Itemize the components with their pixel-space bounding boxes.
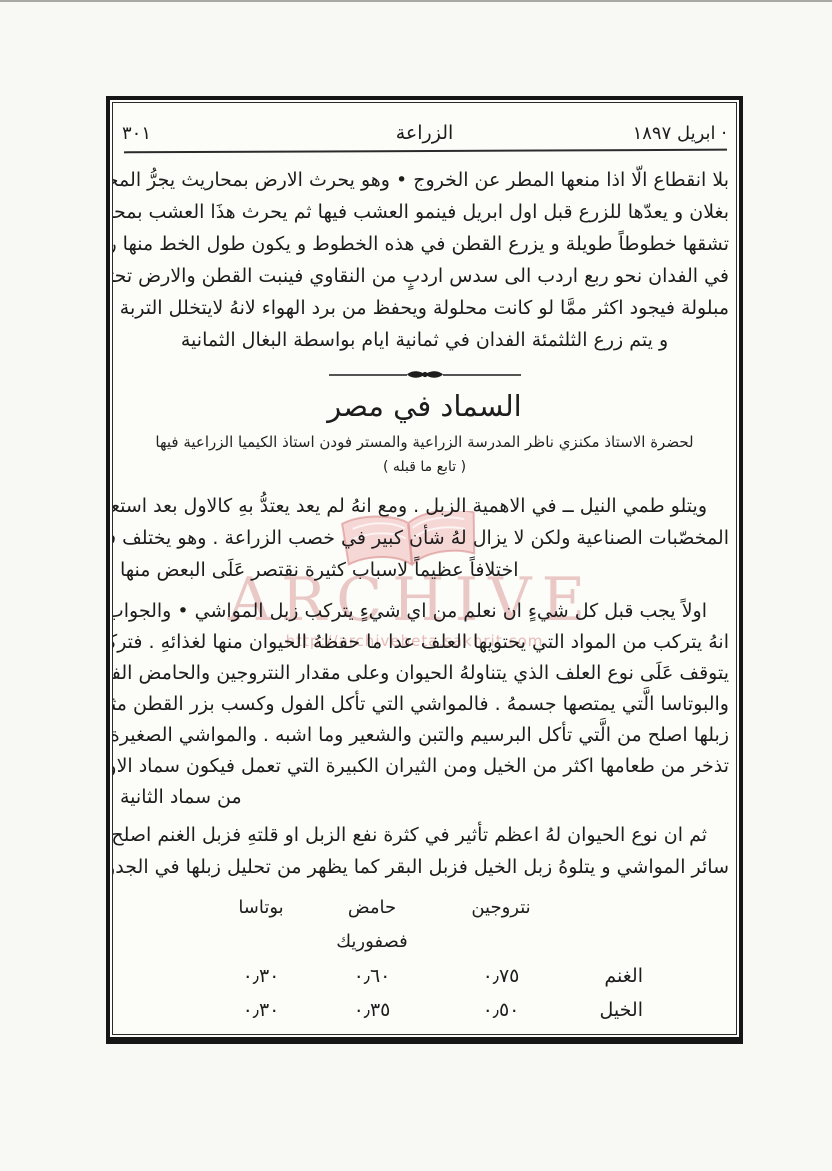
text-line: بغلان و يعدّها للزرع قبل اول ابريل فينمو… [120, 196, 729, 228]
text-line: زبلها اصلح من الَّتي تأكل البرسيم والتبن… [120, 720, 729, 751]
text-line: المخصّبات الصناعية ولكن لا يزال لهُ شأن … [120, 522, 729, 554]
table-cell: ٠٫٣٥ [313, 993, 431, 1027]
text-line: ويتلو طمي النيل ــ في الاهمية الزبل . وم… [120, 490, 729, 522]
row-label-horses: الخيل [571, 993, 643, 1027]
text-line: انهُ يتركب من المواد التي يحتويها العلف … [120, 627, 729, 658]
text-line: بلا انقطاع الّا اذا منعها المطر عن الخرو… [120, 164, 729, 196]
row-label-cattle: البقر [571, 1027, 643, 1035]
table-cell: ٠٫٥٠ [431, 993, 571, 1027]
text-line: ثم ان نوع الحيوان لهُ اعظم تأثير في كثرة… [120, 819, 729, 851]
page-border-frame: ARCHIVE http://archivebeta.sakhrit.com ·… [106, 96, 743, 1044]
table-header-row: نتروجين حامض فصفوريك بوتاسا [118, 891, 643, 959]
column-header-phosphoric-acid: حامض فصفوريك [313, 891, 431, 959]
text-line: في الفدان نحو ربع اردب الى سدس اردبٍ من … [120, 260, 729, 292]
row-label-sheep: الغنم [571, 959, 643, 993]
continued-note: ( تابع ما قبله ) [118, 456, 731, 478]
article-paragraph: اولاً يجب قبل كل شيءٍ ان نعلم من اي شيءٍ… [120, 596, 729, 813]
table-cell: ٠٫٦٠ [313, 959, 431, 993]
table-cell: ٠٫٣٠ [431, 1027, 571, 1035]
text-line: والبوتاسا الَّتي يمتصها جسمهُ . فالمواشي… [120, 689, 729, 720]
table-cell: ٠٫٣٠ [209, 959, 313, 993]
ornament-divider-icon [118, 366, 731, 382]
table-cell: ٠٫٢٥ [313, 1027, 431, 1035]
column-header-nitrogen: نتروجين [431, 891, 571, 959]
text-line: من سماد الثانية [120, 782, 729, 813]
page-number: ٣٠١ [122, 123, 322, 144]
article-title: السماد في مصر [118, 386, 731, 426]
journal-title: الزراعة [325, 122, 525, 144]
text-line: يتوقف عَلَى نوع العلف الذي يتناولهُ الحي… [120, 658, 729, 689]
manure-analysis-table: نتروجين حامض فصفوريك بوتاسا الغنم ٠٫٧٥ ٠… [118, 891, 643, 1035]
table-corner-cell [571, 891, 643, 959]
scanned-journal-page: ARCHIVE http://archivebeta.sakhrit.com ·… [0, 0, 832, 1171]
table-row: الغنم ٠٫٧٥ ٠٫٦٠ ٠٫٣٠ [118, 959, 643, 993]
page-content-area: ARCHIVE http://archivebeta.sakhrit.com ·… [112, 102, 737, 1035]
article-paragraph: ثم ان نوع الحيوان لهُ اعظم تأثير في كثرة… [120, 819, 729, 883]
article-byline: لحضرة الاستاذ مكنزي ناظر المدرسة الزراعي… [118, 430, 731, 454]
issue-date: · ابريل ١٨٩٧ [527, 123, 727, 144]
text-line: تشقها خطوطاً طويلة و يزرع القطن في هذه ا… [120, 228, 729, 260]
text-line: اختلافاً عظيماً لاسباب كثيرة نقتصر عَلَى… [120, 554, 729, 586]
column-header-potash: بوتاسا [209, 891, 313, 959]
intro-paragraph: بلا انقطاع الّا اذا منعها المطر عن الخرو… [120, 164, 729, 356]
table-row: البقر ٠٫٣٠ ٠٫٢٥ ٠٫١٠ [118, 1027, 643, 1035]
text-line: اولاً يجب قبل كل شيءٍ ان نعلم من اي شيءٍ… [120, 596, 729, 627]
table-cell: ٠٫٧٥ [431, 959, 571, 993]
text-line: مبلولة فيجود اكثر ممَّا لو كانت محلولة و… [120, 292, 729, 324]
text-line: سائر المواشي و يتلوهُ زبل الخيل فزبل الب… [120, 851, 729, 883]
text-line: تذخر من طعامها اكثر من الخيل ومن الثيران… [120, 751, 729, 782]
table-row: الخيل ٠٫٥٠ ٠٫٣٥ ٠٫٣٠ [118, 993, 643, 1027]
scan-edge-line [0, 0, 832, 2]
table-cell: ٠٫٣٠ [209, 993, 313, 1027]
text-line: و يتم زرع الثلثمئة الفدان في ثمانية ايام… [120, 324, 729, 356]
table-cell: ٠٫١٠ [209, 1027, 313, 1035]
masthead-rule [124, 149, 727, 154]
masthead: · ابريل ١٨٩٧ الزراعة ٣٠١ [122, 122, 727, 144]
article-paragraph: ويتلو طمي النيل ــ في الاهمية الزبل . وم… [120, 490, 729, 586]
